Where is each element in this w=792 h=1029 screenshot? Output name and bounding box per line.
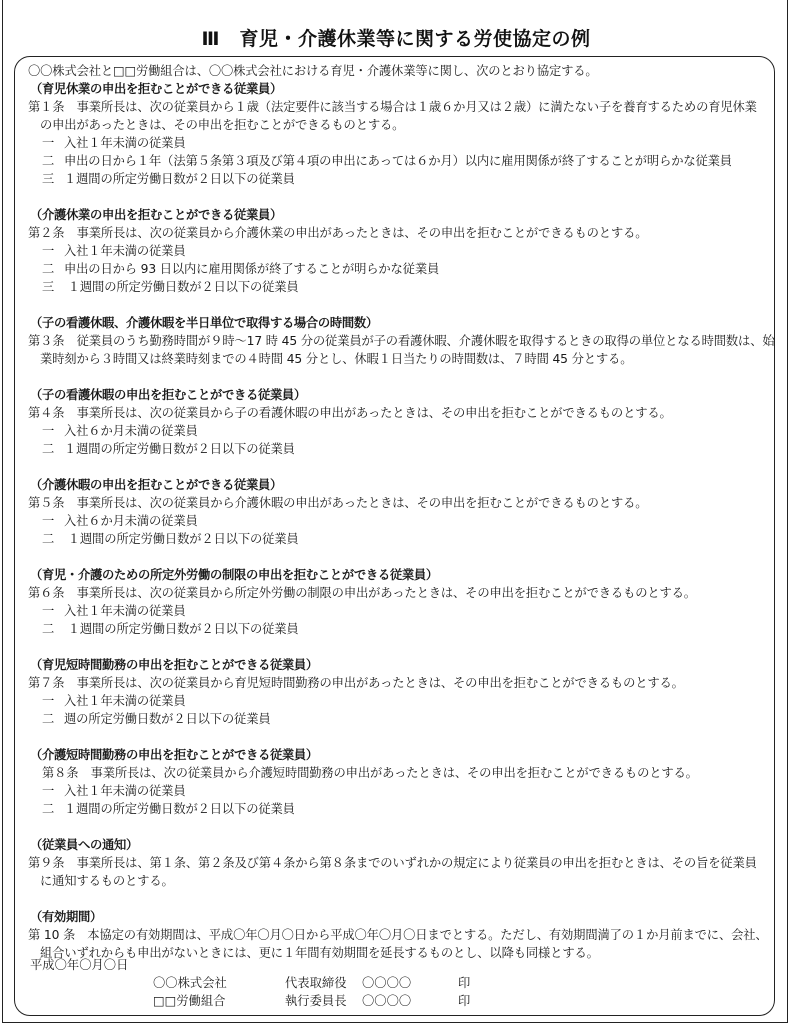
article-text: 第１条 事業所長は、次の従業員から１歳（法定要件に該当する場合は１歳６か月又は２… xyxy=(28,98,768,116)
article-text-continued: 業時刻から３時間又は終業時刻までの４時間 45 分とし、休暇１日当たりの時間数は… xyxy=(40,350,768,368)
article-text-continued: に通知するものとする。 xyxy=(40,872,768,890)
item-text: 入社１年未満の従業員 xyxy=(64,136,185,150)
signature-row-union: □□労働組合 執行委員長 〇〇〇〇 印 xyxy=(0,991,792,1009)
item-text: 申出の日から 93 日以内に雇用関係が終了することが明らかな従業員 xyxy=(64,262,439,276)
item-text: １週間の所定労働日数が２日以下の従業員 xyxy=(64,172,295,186)
item-number: 一 xyxy=(42,422,64,440)
section-heading: （有効期間） xyxy=(30,908,768,926)
list-item: 三 １週間の所定労働日数が２日以下の従業員 xyxy=(42,278,768,296)
list-item: 一入社６か月未満の従業員 xyxy=(42,422,768,440)
item-text: 入社１年未満の従業員 xyxy=(64,604,185,618)
item-text: １週間の所定労働日数が２日以下の従業員 xyxy=(64,280,299,294)
list-item: 三１週間の所定労働日数が２日以下の従業員 xyxy=(42,170,768,188)
intro-text: 〇〇株式会社と□□労働組合は、〇〇株式会社における育児・介護休業等に関し、次のと… xyxy=(28,62,768,80)
section-article-2: （介護休業の申出を拒むことができる従業員） 第２条 事業所長は、次の従業員から介… xyxy=(28,206,768,296)
article-text-continued: の申出があったときは、その申出を拒むことができるものとする。 xyxy=(40,116,768,134)
list-item: 二申出の日から 93 日以内に雇用関係が終了することが明らかな従業員 xyxy=(42,260,768,278)
page-title: Ⅲ 育児・介護休業等に関する労使協定の例 xyxy=(0,24,792,51)
list-item: 一入社６か月未満の従業員 xyxy=(42,512,768,530)
section-article-10: （有効期間） 第 10 条 本協定の有効期間は、平成〇年〇月〇日から平成〇年〇月… xyxy=(28,908,768,962)
agreement-content: 〇〇株式会社と□□労働組合は、〇〇株式会社における育児・介護休業等に関し、次のと… xyxy=(28,62,768,980)
signature-organization: 〇〇株式会社 xyxy=(153,973,227,991)
list-item: 二 １週間の所定労働日数が２日以下の従業員 xyxy=(42,530,768,548)
section-article-5: （介護休暇の申出を拒むことができる従業員） 第５条 事業所長は、次の従業員から介… xyxy=(28,476,768,548)
item-number: 二 xyxy=(42,530,64,548)
article-text: 第６条 事業所長は、次の従業員から所定外労働の制限の申出があったときは、その申出… xyxy=(28,584,768,602)
signature-name: 〇〇〇〇 xyxy=(362,973,411,991)
item-number: 一 xyxy=(42,602,64,620)
section-heading: （従業員への通知） xyxy=(30,836,768,854)
item-text: 入社１年未満の従業員 xyxy=(64,244,185,258)
list-item: 一入社１年未満の従業員 xyxy=(42,242,768,260)
section-heading: （介護休業の申出を拒むことができる従業員） xyxy=(30,206,768,224)
section-article-7: （育児短時間勤務の申出を拒むことができる従業員） 第７条 事業所長は、次の従業員… xyxy=(28,656,768,728)
list-item: 二申出の日から１年（法第５条第３項及び第４項の申出にあっては６か月）以内に雇用関… xyxy=(42,152,768,170)
seal-mark: 印 xyxy=(458,973,470,991)
section-heading: （育児・介護のための所定外労働の制限の申出を拒むことができる従業員） xyxy=(30,566,768,584)
signature-date: 平成〇年〇月〇日 xyxy=(30,955,128,973)
item-text: 申出の日から１年（法第５条第３項及び第４項の申出にあっては６か月）以内に雇用関係… xyxy=(64,154,732,168)
section-heading: （子の看護休暇の申出を拒むことができる従業員） xyxy=(30,386,768,404)
item-text: １週間の所定労働日数が２日以下の従業員 xyxy=(64,442,295,456)
article-text-continued: 組合いずれからも申出がないときには、更に１年間有効期間を延長するものとし、以降も… xyxy=(40,944,768,962)
item-text: 週の所定労働日数が２日以下の従業員 xyxy=(64,712,271,726)
list-item: 二週の所定労働日数が２日以下の従業員 xyxy=(42,710,768,728)
seal-mark: 印 xyxy=(458,991,470,1009)
item-number: 三 xyxy=(42,170,64,188)
item-text: １週間の所定労働日数が２日以下の従業員 xyxy=(64,802,295,816)
item-text: １週間の所定労働日数が２日以下の従業員 xyxy=(64,532,299,546)
item-number: 二 xyxy=(42,152,64,170)
list-item: 一入社１年未満の従業員 xyxy=(42,602,768,620)
article-text: 第３条 従業員のうち勤務時間が９時～17 時 45 分の従業員が子の看護休暇、介… xyxy=(28,332,768,350)
section-heading: （子の看護休暇、介護休暇を半日単位で取得する場合の時間数） xyxy=(30,314,768,332)
article-text: 第９条 事業所長は、第１条、第２条及び第４条から第８条までのいずれかの規定により… xyxy=(28,854,768,872)
section-article-3: （子の看護休暇、介護休暇を半日単位で取得する場合の時間数） 第３条 従業員のうち… xyxy=(28,314,768,368)
item-text: １週間の所定労働日数が２日以下の従業員 xyxy=(64,622,299,636)
section-article-4: （子の看護休暇の申出を拒むことができる従業員） 第４条 事業所長は、次の従業員か… xyxy=(28,386,768,458)
item-number: 一 xyxy=(42,242,64,260)
article-text: 第４条 事業所長は、次の従業員から子の看護休暇の申出があったときは、その申出を拒… xyxy=(28,404,768,422)
list-item: 二１週間の所定労働日数が２日以下の従業員 xyxy=(42,440,768,458)
section-article-8: （介護短時間勤務の申出を拒むことができる従業員） 第８条 事業所長は、次の従業員… xyxy=(28,746,768,818)
signature-position: 執行委員長 xyxy=(285,991,347,1009)
list-item: 一入社１年未満の従業員 xyxy=(42,782,768,800)
item-number: 二 xyxy=(42,260,64,278)
list-item: 一入社１年未満の従業員 xyxy=(42,134,768,152)
item-number: 一 xyxy=(42,512,64,530)
item-text: 入社１年未満の従業員 xyxy=(64,784,185,798)
section-heading: （育児短時間勤務の申出を拒むことができる従業員） xyxy=(30,656,768,674)
article-text: 第 10 条 本協定の有効期間は、平成〇年〇月〇日から平成〇年〇月〇日までとする… xyxy=(28,926,768,944)
signature-position: 代表取締役 xyxy=(285,973,347,991)
item-text: 入社６か月未満の従業員 xyxy=(64,424,198,438)
item-number: 一 xyxy=(42,134,64,152)
section-article-9: （従業員への通知） 第９条 事業所長は、第１条、第２条及び第４条から第８条までの… xyxy=(28,836,768,890)
list-item: 二 １週間の所定労働日数が２日以下の従業員 xyxy=(42,620,768,638)
section-heading: （育児休業の申出を拒むことができる従業員） xyxy=(30,80,768,98)
item-text: 入社６か月未満の従業員 xyxy=(64,514,198,528)
article-text: 第７条 事業所長は、次の従業員から育児短時間勤務の申出があったときは、その申出を… xyxy=(28,674,768,692)
section-heading: （介護休暇の申出を拒むことができる従業員） xyxy=(30,476,768,494)
item-number: 二 xyxy=(42,800,64,818)
item-number: 二 xyxy=(42,620,64,638)
list-item: 二１週間の所定労働日数が２日以下の従業員 xyxy=(42,800,768,818)
item-number: 二 xyxy=(42,710,64,728)
section-article-6: （育児・介護のための所定外労働の制限の申出を拒むことができる従業員） 第６条 事… xyxy=(28,566,768,638)
section-heading: （介護短時間勤務の申出を拒むことができる従業員） xyxy=(30,746,768,764)
item-number: 一 xyxy=(42,782,64,800)
item-number: 一 xyxy=(42,692,64,710)
article-text: 第５条 事業所長は、次の従業員から介護休暇の申出があったときは、その申出を拒むこ… xyxy=(28,494,768,512)
item-text: 入社１年未満の従業員 xyxy=(64,694,185,708)
article-text: 第８条 事業所長は、次の従業員から介護短時間勤務の申出があったときは、その申出を… xyxy=(42,764,768,782)
section-article-1: （育児休業の申出を拒むことができる従業員） 第１条 事業所長は、次の従業員から１… xyxy=(28,80,768,188)
signature-organization: □□労働組合 xyxy=(153,991,225,1009)
signature-row-company: 〇〇株式会社 代表取締役 〇〇〇〇 印 xyxy=(0,973,792,991)
article-text: 第２条 事業所長は、次の従業員から介護休業の申出があったときは、その申出を拒むこ… xyxy=(28,224,768,242)
signature-name: 〇〇〇〇 xyxy=(362,991,411,1009)
item-number: 二 xyxy=(42,440,64,458)
list-item: 一入社１年未満の従業員 xyxy=(42,692,768,710)
item-number: 三 xyxy=(42,278,64,296)
